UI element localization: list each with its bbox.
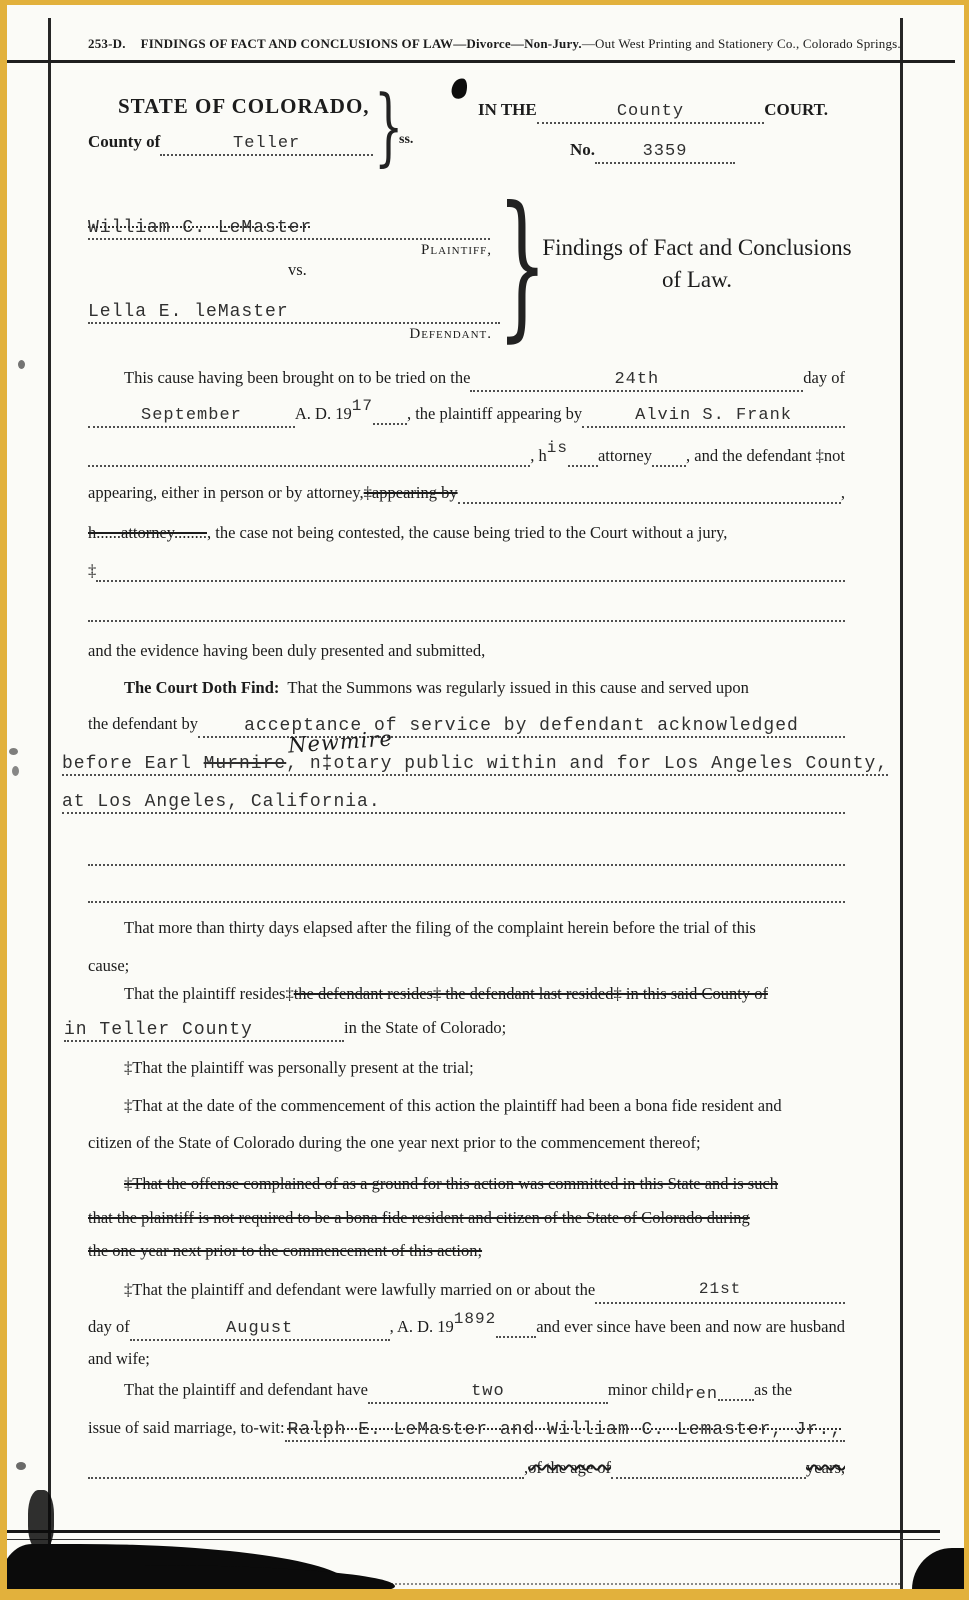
marriage-year-value: 1892 — [454, 1309, 496, 1329]
margin-mark — [12, 766, 19, 776]
struck-text: ‡That the offense complained of as a gro… — [124, 1174, 778, 1194]
text: minor child — [608, 1380, 685, 1400]
ss-brace: } — [374, 84, 403, 168]
dotted-blank — [88, 901, 845, 903]
text: citizen of the State of Colorado during … — [88, 1133, 701, 1153]
text: in the State of Colorado; — [344, 1018, 506, 1038]
marriage-line-3: and wife; — [88, 1349, 845, 1373]
ink-blot — [450, 76, 470, 100]
body-line-3: , his attorney , and the defendant ‡not — [88, 446, 845, 470]
offense-struck-line-2: that the plaintiff is not required to be… — [88, 1208, 845, 1232]
ss-label: ss. — [399, 132, 413, 148]
scan-border — [964, 0, 969, 1600]
children-ren-typed: ren — [684, 1385, 718, 1405]
struck-age-label: of the age of — [528, 1458, 611, 1478]
blank-line-2 — [88, 882, 845, 906]
dotted-blank — [718, 1399, 754, 1401]
marriage-month-value: August — [130, 1319, 390, 1341]
text: 21st — [699, 1280, 741, 1298]
dotted-blank — [568, 465, 598, 467]
text: , n‡otary public within and for Los Ange… — [286, 754, 888, 774]
children-line: That the plaintiff and defendant have tw… — [88, 1380, 845, 1404]
issue-line: issue of said marriage, to-wit: Ralph E.… — [88, 1418, 845, 1442]
scan-border — [0, 0, 969, 5]
text: , A. D. 19 — [390, 1317, 454, 1337]
attorney-name-value: Alvin S. Frank — [582, 406, 845, 428]
defendant-label-line: Defendant. — [340, 324, 492, 348]
offense-struck-line-3: the one year next prior to the commencem… — [88, 1241, 845, 1265]
body-line-7 — [88, 601, 845, 625]
text: attorney — [598, 446, 652, 466]
no-label: No. — [570, 140, 595, 160]
vs-line: vs. — [288, 260, 348, 284]
text: ‡That the plaintiff and defendant were l… — [124, 1280, 595, 1300]
in-the-label: IN THE — [478, 100, 537, 120]
text: before Earl — [62, 754, 204, 774]
plaintiff-label: Plaintiff, — [421, 240, 492, 260]
document-title-line1: Findings of Fact and Conclusions — [512, 232, 882, 264]
court-type-value: County — [537, 102, 764, 124]
children-count-value: two — [368, 1382, 608, 1404]
case-number-line: No. 3359 — [570, 140, 735, 164]
court-doth-find-label: The Court Doth Find: — [124, 678, 279, 698]
residence-county-line: in Teller County in the State of Colorad… — [64, 1018, 845, 1042]
notary-line: before Earl MurnireNewmire, n‡otary publ… — [62, 752, 845, 776]
scanned-divorce-findings-document: 253-D. FINDINGS OF FACT AND CONCLUSIONS … — [0, 0, 969, 1600]
scan-border — [0, 1589, 969, 1600]
footer-rule — [0, 1530, 940, 1540]
struck-text: the one year next prior to the commencem… — [88, 1241, 482, 1261]
text: ‡That at the date of the commencement of… — [124, 1096, 782, 1116]
margin-mark — [18, 360, 25, 369]
dotted-blank — [458, 502, 841, 504]
court-doth-find-line: The Court Doth Find: That the Summons wa… — [88, 678, 845, 702]
bona-fide-line-2: citizen of the State of Colorado during … — [88, 1133, 845, 1157]
dotted-blank — [88, 1477, 524, 1479]
marriage-line-2: day of August , A. D. 191892 and ever si… — [88, 1317, 845, 1341]
ink-blotch — [28, 1490, 54, 1550]
struck-text: that the plaintiff is not required to be… — [88, 1208, 750, 1228]
scan-border — [0, 0, 7, 1600]
body-line-2: September A. D. 1917 , the plaintiff app… — [88, 404, 845, 428]
dotted-blank — [496, 1336, 536, 1338]
plaintiff-label-line: Plaintiff, — [340, 240, 492, 264]
bona-fide-line-1: ‡That at the date of the commencement of… — [88, 1096, 845, 1120]
text: day of — [803, 368, 845, 388]
county-label: County of — [88, 132, 160, 152]
text: That the Summons was regularly issued in… — [287, 678, 748, 698]
margin-mark — [9, 748, 18, 755]
struck-dotted-blank — [611, 1477, 806, 1479]
notary-text: before Earl MurnireNewmire, n‡otary publ… — [62, 754, 888, 776]
text: the defendant by — [88, 714, 198, 734]
dotted-blank — [88, 620, 845, 622]
document-title: Findings of Fact and Conclusions of Law. — [512, 232, 882, 296]
marriage-line-1: ‡That the plaintiff and defendant were l… — [88, 1280, 845, 1304]
body-line-4: appearing, either in person or by attorn… — [88, 483, 845, 507]
dotted-blank — [88, 465, 530, 467]
struck-text: h......attorney........ — [88, 523, 207, 543]
struck-text: ‡appearing by — [364, 483, 458, 503]
left-margin-rule — [48, 18, 51, 1600]
evidence-line: and the evidence having been duly presen… — [88, 641, 845, 665]
form-printer: —Out West Printing and Stationery Co., C… — [582, 36, 901, 51]
text: issue of said marriage, to-wit: — [88, 1418, 285, 1438]
text: A. D. 19 — [295, 404, 352, 424]
dotted-blank — [652, 465, 686, 467]
body-line-1: This cause having been brought on to be … — [88, 368, 845, 392]
text: , the plaintiff appearing by — [407, 404, 582, 424]
defendant-name: Lella E. leMaster — [88, 302, 500, 324]
marriage-day-value: 21st — [595, 1281, 845, 1304]
court-line: IN THE County COURT. — [478, 100, 828, 124]
header-rule — [0, 60, 955, 63]
margin-mark — [16, 1462, 26, 1470]
thirty-days-line-1: That more than thirty days elapsed after… — [88, 918, 845, 942]
defendant-name-line: Lella E. leMaster — [88, 300, 500, 324]
trial-month-value: September — [88, 406, 295, 428]
thirty-days-line-2: cause; — [88, 956, 845, 980]
residence-line: That the plaintiff resides‡ the defendan… — [88, 984, 845, 1008]
text: This cause having been brought on to be … — [124, 368, 470, 388]
body-line-5: h......attorney........ , the case not b… — [88, 523, 845, 547]
county-value: Teller — [160, 134, 373, 156]
offense-struck-line-1: ‡That the offense complained of as a gro… — [88, 1174, 845, 1198]
text: cause; — [88, 956, 129, 976]
text: , — [841, 483, 845, 503]
text: appearing, either in person or by attorn… — [88, 483, 364, 503]
case-number-value: 3359 — [595, 142, 735, 164]
text: as the — [754, 1380, 792, 1400]
form-number: 253-D. — [88, 36, 126, 51]
dotted-blank — [96, 580, 845, 582]
dotted-blank — [88, 864, 845, 866]
form-header: 253-D. FINDINGS OF FACT AND CONCLUSIONS … — [88, 36, 901, 52]
handwritten-correction: Newmire — [287, 728, 393, 755]
age-line: , of the age of years, — [88, 1458, 845, 1482]
struck-notary-name: MurnireNewmire — [204, 754, 287, 774]
text: That more than thirty days elapsed after… — [124, 918, 756, 938]
his-value: is — [547, 438, 568, 458]
notary-place-value: at Los Angeles, California. — [62, 792, 845, 814]
text: ‡That the plaintiff was personally prese… — [124, 1058, 474, 1078]
notary-place-line: at Los Angeles, California. — [62, 790, 845, 814]
dotted-blank — [373, 423, 407, 425]
blank-line-1 — [88, 845, 845, 869]
service-line: the defendant by acceptance of service b… — [88, 714, 845, 738]
document-title-line2: of Law. — [512, 264, 882, 296]
text: and wife; — [88, 1349, 150, 1369]
personally-present-line: ‡That the plaintiff was personally prese… — [88, 1058, 845, 1082]
text: , h — [530, 446, 547, 466]
dagger-mark: ‡ — [88, 561, 96, 581]
defendant-label: Defendant. — [409, 324, 492, 344]
struck-text: the defendant resides‡ the defendant las… — [294, 984, 768, 1004]
court-word: COURT. — [764, 100, 828, 120]
county-line: County of Teller — [88, 132, 373, 156]
text: Murnire — [204, 754, 287, 774]
text: That the plaintiff and defendant have — [124, 1380, 368, 1400]
struck-years-label: years, — [806, 1458, 845, 1478]
text: and the evidence having been duly presen… — [88, 641, 485, 661]
residence-county-value: in Teller County — [64, 1020, 344, 1042]
text: , the case not being contested, the caus… — [207, 523, 727, 543]
plaintiff-name-line: William C. LeMaster — [88, 216, 490, 240]
vs-label: vs. — [288, 260, 307, 280]
trial-year-value: 17 — [352, 396, 373, 416]
text: and ever since have been and now are hus… — [536, 1317, 845, 1337]
body-line-6: ‡ — [88, 561, 845, 585]
plaintiff-name: William C. LeMaster — [88, 218, 490, 240]
form-title: FINDINGS OF FACT AND CONCLUSIONS OF LAW—… — [141, 36, 582, 51]
text: That the plaintiff resides‡ — [124, 984, 294, 1004]
text: day of — [88, 1317, 130, 1337]
right-margin-rule — [900, 18, 903, 1600]
children-names-value: Ralph E. LeMaster and William C. Lemaste… — [285, 1420, 845, 1442]
state-heading: STATE OF COLORADO, — [118, 94, 370, 119]
text: , and the defendant ‡not — [686, 446, 845, 466]
trial-day-value: 24th — [470, 370, 803, 392]
